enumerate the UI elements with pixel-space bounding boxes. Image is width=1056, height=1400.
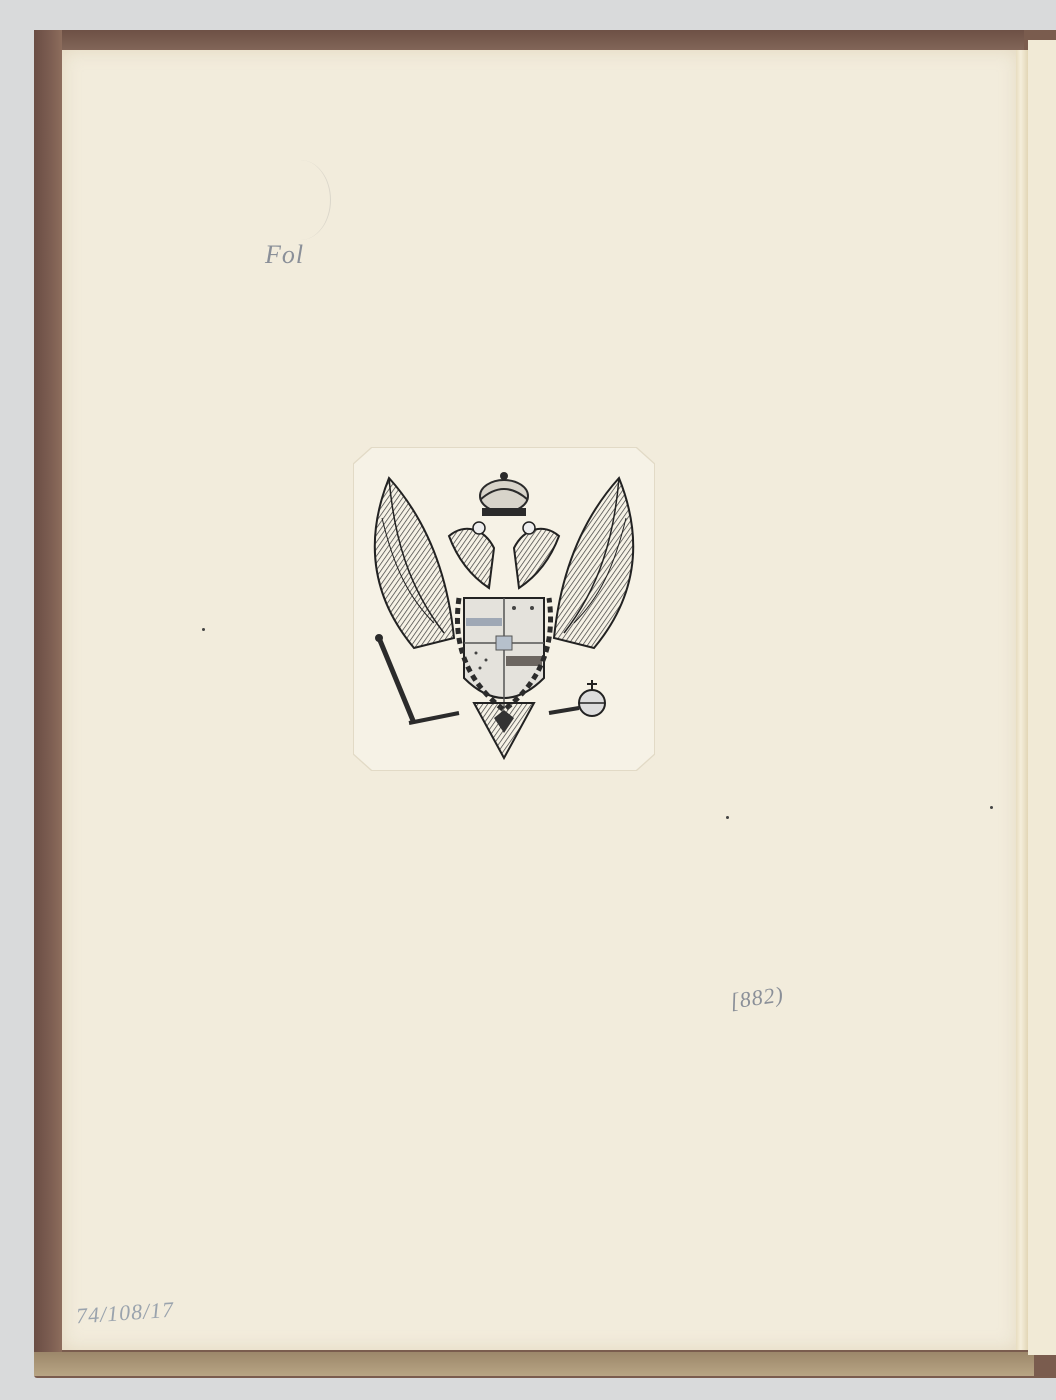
speck <box>726 816 729 819</box>
faint-pencil-mark <box>270 160 331 240</box>
pencil-note-fol: Fol <box>265 240 304 270</box>
crown-icon <box>480 472 528 516</box>
cover-top-edge <box>34 30 1024 52</box>
facing-page-edge <box>1028 40 1056 1355</box>
bookplate <box>354 448 654 770</box>
cover-bottom-edge <box>34 1352 1034 1376</box>
sceptre-icon <box>379 638 414 723</box>
cover-spine-edge <box>34 30 62 1370</box>
speck <box>990 806 993 809</box>
speck <box>202 628 205 631</box>
page-gutter <box>1016 50 1028 1350</box>
double-headed-eagle-icon <box>354 448 654 770</box>
